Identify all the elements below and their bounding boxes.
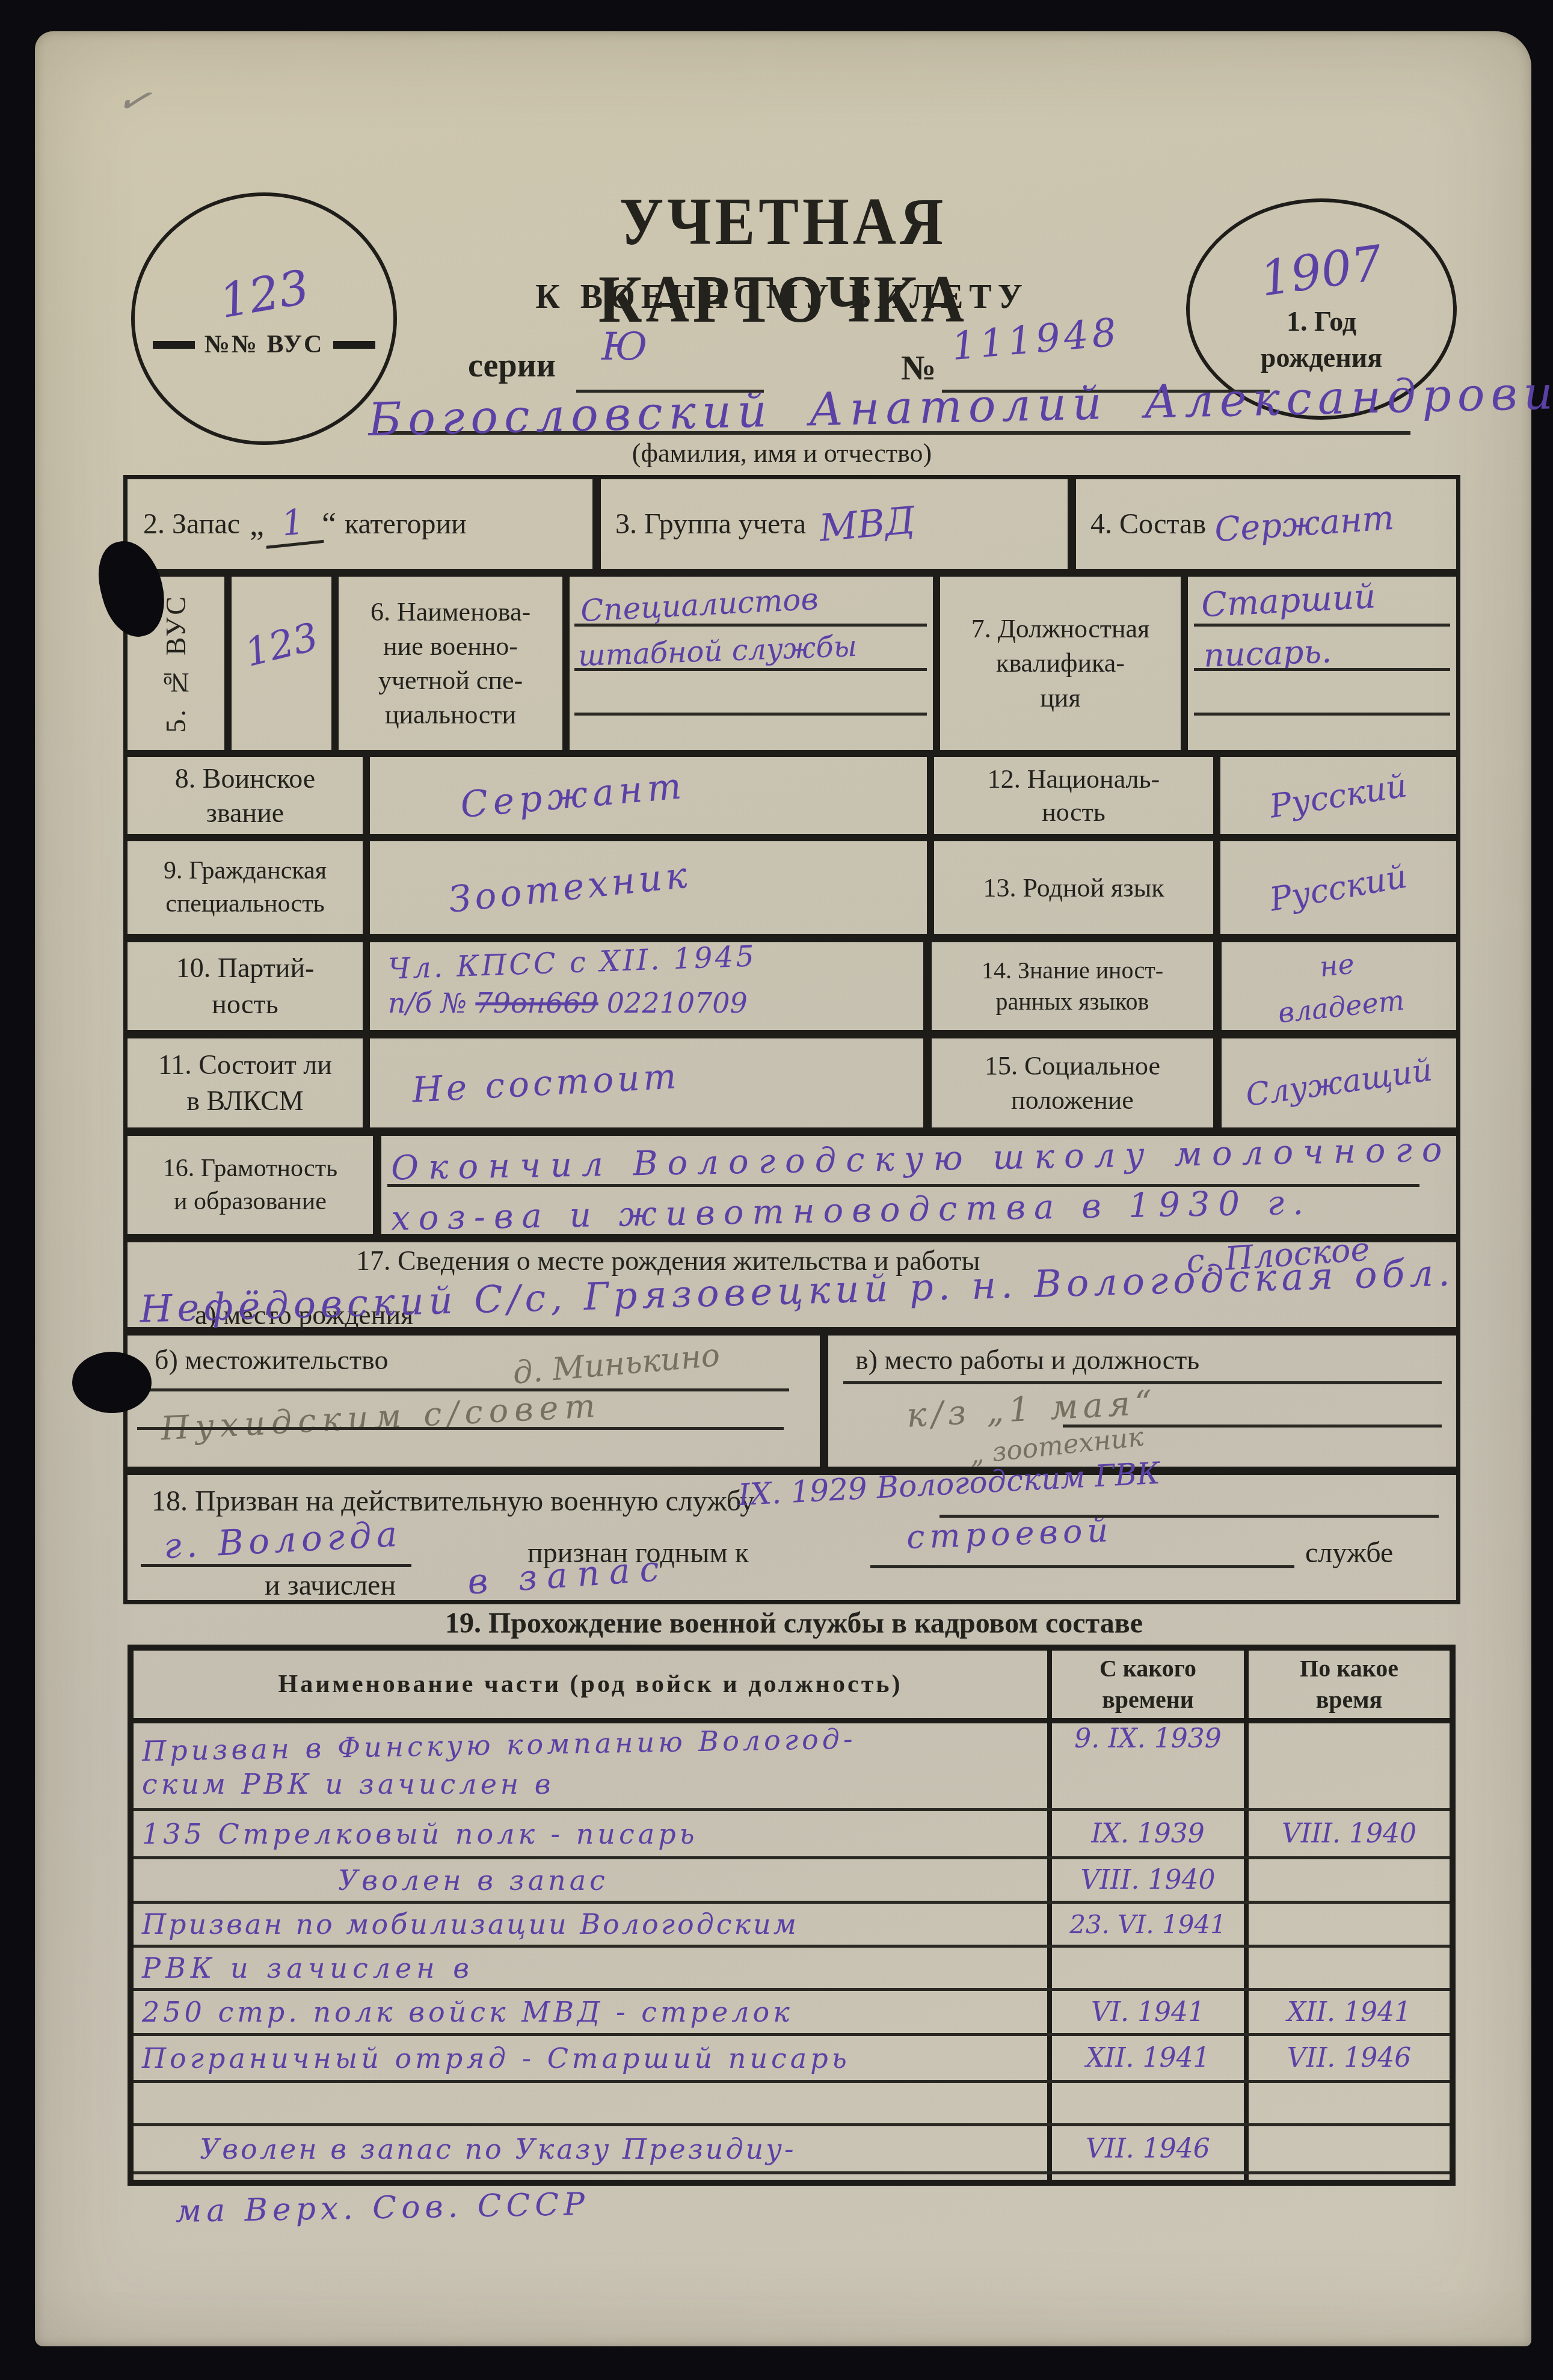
specialty-value-line1: Специалистов [580, 581, 819, 629]
row6-from: VI. 1941 [1091, 1997, 1205, 2028]
left-dash-icon [153, 341, 195, 349]
table-row: Уволен в запас VIII. 1940 [134, 1859, 1450, 1904]
residence-cell: б) местожительство д. Минькино Пухидским… [123, 1331, 824, 1471]
section18-enlisted-value: в запас [466, 1547, 670, 1602]
table-row [134, 2174, 1450, 2186]
col-unit-header-label: Наименование части (род войск и должност… [278, 1670, 902, 1699]
registration-card-scan: { "header": { "checkmark": "✓", "vus_cir… [0, 0, 1553, 2380]
foreign-languages-value: не владеет [1272, 938, 1406, 1034]
party-card-struck-number: 79он669 [475, 987, 598, 1019]
col-unit-header: Наименование части (род войск и должност… [134, 1651, 1052, 1718]
field-vus-value-cell: 123 [227, 572, 336, 754]
field-rank-label-cell: 8. Воинское звание [123, 753, 367, 838]
col-to-header-label: По какое время [1300, 1653, 1398, 1716]
row8-to [1249, 2083, 1450, 2123]
row2-to: VIII. 1940 [1282, 1818, 1416, 1849]
table-row: Призван в Финскую компанию Вологод- ским… [134, 1723, 1450, 1811]
row2-unit: 135 Стрелковый полк - писарь [142, 1818, 698, 1850]
party-value-line2: п/б № 79он669 02210709 [388, 987, 748, 1019]
birth-year-caption: 1. Год рождения [1261, 304, 1382, 376]
col-to-header: По какое время [1249, 1651, 1450, 1718]
uchet-group-value: МВД [817, 498, 917, 550]
row9-unit: Уволен в запас по Указу Президиу- [200, 2133, 796, 2165]
field-party-value-cell: Чл. КПСС с XII. 1945 п/б № 79он669 02210… [366, 938, 927, 1034]
native-language-value: Русский [1267, 857, 1409, 918]
section19-title: 19. Прохождение военной службы в кадрово… [301, 1607, 1287, 1640]
field-komsomol-label-cell: 11. Состоит ли в ВЛКСМ [123, 1034, 367, 1132]
komsomol-label: 11. Состоит ли в ВЛКСМ [158, 1047, 332, 1119]
field-civil-specialty-value-cell: Зоотехник [366, 837, 931, 938]
row4-from: 23. VI. 1941 [1069, 1910, 1226, 1939]
section18-city-value: г. Вологда [162, 1514, 402, 1567]
row4-unit: Призван по мобилизации Вологодским [142, 1908, 799, 1940]
section18-label: 18. Призван на действительную военную сл… [152, 1485, 754, 1518]
service-table-header: Наименование части (род войск и должност… [134, 1651, 1450, 1723]
residence-label: б) местожительство [155, 1344, 388, 1376]
zapas-label: 2. Запас [143, 508, 240, 541]
komsomol-value: Не состоит [411, 1055, 681, 1110]
series-label: серии [468, 346, 556, 385]
uchet-group-label: 3. Группа учета [615, 508, 806, 541]
vus-number-value: 123 [215, 260, 313, 329]
sostav-label: 4. Состав [1090, 508, 1206, 541]
nationality-value: Русский [1267, 766, 1410, 825]
residence-value-line2: Пухидским с/совет [160, 1387, 602, 1447]
field-rank-value-cell: Сержант [366, 753, 931, 838]
vus-value: 123 [241, 615, 322, 675]
party-value-line1: Чл. КПСС с XII. 1945 [387, 939, 757, 986]
workplace-label: в) место работы и должность [855, 1344, 1199, 1376]
row10-unit [134, 2174, 1052, 2186]
table-row: 250 стр. полк войск МВД - стрелок VI. 19… [134, 1991, 1450, 2036]
field-zapas: 2. Запас „ 1 “ категории [123, 475, 597, 573]
zapas-suffix: категории [345, 508, 467, 541]
specialty-label: 6. Наименова- ние военно- учетной спе- ц… [371, 595, 530, 732]
field-specialty-value-cell: Специалистов штабной службы [565, 572, 937, 754]
row7-unit: Пограничный отряд - Старший писарь [142, 2042, 850, 2075]
zapas-quote-close: “ [322, 506, 336, 543]
field-native-language-value-cell: Русский [1216, 837, 1460, 938]
punch-hole-bottom [72, 1352, 152, 1413]
vus-label: 5. № ВУС [160, 594, 192, 733]
vus-number-caption: №№ ВУС [205, 330, 324, 359]
row5-unit: РВК и зачислен в [142, 1952, 474, 1984]
row7-to: VII. 1946 [1287, 2043, 1412, 2073]
row1-unit-line2: ским РВК и зачислен в [142, 1768, 1047, 1800]
field-komsomol-value-cell: Не состоит [366, 1034, 927, 1132]
field-uchet-group: 3. Группа учета МВД [597, 475, 1072, 573]
section-17: 17. Сведения о месте рождения жительства… [123, 1238, 1460, 1331]
party-label: 10. Партий- ность [176, 950, 315, 1022]
field-civil-specialty-label-cell: 9. Гражданская специальность [123, 837, 367, 938]
row10-to [1249, 2174, 1450, 2186]
service-table: Наименование части (род войск и должност… [128, 1645, 1456, 2186]
section-18: 18. Призван на действительную военную сл… [123, 1471, 1460, 1604]
table-row [134, 2083, 1450, 2126]
civil-specialty-value: Зоотехник [446, 854, 692, 921]
section18-enlisted-label: и зачислен [265, 1569, 396, 1602]
civil-specialty-label: 9. Гражданская специальность [164, 854, 327, 920]
foreign-languages-label: 14. Знание иност- ранных языков [982, 955, 1163, 1017]
table-row: РВК и зачислен в [134, 1948, 1450, 1991]
row6-to: XII. 1941 [1287, 1997, 1411, 2028]
field-specialty-label-cell: 6. Наименова- ние военно- учетной спе- ц… [334, 572, 567, 754]
field-nationality-value-cell: Русский [1216, 753, 1460, 838]
social-status-value: Служащий [1243, 1052, 1435, 1114]
col-from-header: С какого времени [1052, 1651, 1249, 1718]
zapas-value: 1 [262, 499, 324, 549]
table-row: 135 Стрелковый полк - писарь IX. 1939 VI… [134, 1811, 1450, 1859]
row3-from: VIII. 1940 [1081, 1865, 1216, 1895]
col-from-header-label: С какого времени [1099, 1653, 1196, 1716]
workplace-cell: в) место работы и должность к/з „1 мая“ … [824, 1331, 1460, 1471]
field-education-label-cell: 16. Грамотность и образование [123, 1132, 377, 1238]
field-social-status-value-cell: Служащий [1217, 1034, 1460, 1132]
rank-label: 8. Воинское звание [175, 761, 315, 830]
field-foreign-languages-label-cell: 14. Знание иност- ранных языков [927, 938, 1217, 1034]
vus-number-caption-row: №№ ВУС [153, 330, 376, 359]
rank-value: Сержант [459, 765, 688, 827]
specialty-value-line2: штабной службы [577, 630, 858, 673]
row6-unit: 250 стр. полк войск МВД - стрелок [142, 1996, 793, 2028]
row8-from [1052, 2083, 1249, 2123]
qualification-value-line1: Старший [1200, 577, 1376, 625]
social-status-label: 15. Социальное положение [985, 1049, 1160, 1117]
row10-from [1052, 2174, 1249, 2186]
row7-from: XII. 1941 [1086, 2043, 1210, 2073]
education-value-line1: Окончил Вологодскую школу молочного [391, 1130, 1452, 1188]
field-qualification-value-cell: Старший писарь. [1184, 572, 1460, 754]
field-native-language-label-cell: 13. Родной язык [930, 837, 1217, 938]
zapas-quote-open: „ [250, 506, 264, 543]
vus-number-circle: 123 №№ ВУС [131, 192, 397, 445]
field-social-status-label-cell: 15. Социальное положение [927, 1034, 1217, 1132]
service-continuation: ма Верх. Сов. СССР [176, 2186, 590, 2230]
party-card-number: 02210709 [607, 987, 748, 1019]
birth-year-value: 1907 [1257, 235, 1386, 307]
party-card-prefix: п/б № [388, 987, 467, 1019]
series-value: Ю [601, 325, 647, 369]
education-value-line2: хоз-ва и животноводства в 1930 г. [391, 1183, 1312, 1239]
field-foreign-languages-value-cell: не владеет [1217, 938, 1460, 1034]
field-qualification-label-cell: 7. Должностная квалифика- ция [936, 572, 1185, 754]
row9-from: VII. 1946 [1086, 2133, 1210, 2164]
row1-unit-line1: Призван в Финскую компанию Вологод- [142, 1719, 1048, 1767]
sostav-value: Сержант [1213, 498, 1395, 550]
row3-unit: Уволен в запас [338, 1864, 609, 1897]
education-label: 16. Грамотность и образование [163, 1152, 337, 1218]
row1-from: 9. IX. 1939 [1074, 1723, 1222, 1754]
nationality-label: 12. Националь- ность [988, 762, 1160, 829]
row8-unit [134, 2083, 1052, 2123]
right-dash-icon [333, 341, 375, 349]
section18-service-label: службе [1305, 1536, 1393, 1569]
native-language-label: 13. Родной язык [983, 873, 1164, 903]
field-education-value-cell: Окончил Вологодскую школу молочного хоз-… [377, 1132, 1460, 1238]
field-sostav: 4. Состав Сержант [1072, 475, 1460, 573]
field-nationality-label-cell: 12. Националь- ность [930, 753, 1217, 838]
table-row: Уволен в запас по Указу Президиу- VII. 1… [134, 2126, 1450, 2174]
card-subtitle: К ВОЕННОМУ БИЛЕТУ [517, 278, 1047, 316]
full-name-hint: (фамилия, имя и отчество) [571, 438, 992, 468]
field-party-label-cell: 10. Партий- ность [123, 938, 367, 1034]
row2-from: IX. 1939 [1091, 1818, 1205, 1849]
qualification-label: 7. Должностная квалифика- ция [971, 612, 1150, 715]
residence-value-line1: д. Минькино [511, 1337, 721, 1391]
table-row: Пограничный отряд - Старший писарь XII. … [134, 2036, 1450, 2083]
section18-fit-value: строевой [906, 1511, 1113, 1556]
table-row: Призван по мобилизации Вологодским 23. V… [134, 1904, 1450, 1948]
